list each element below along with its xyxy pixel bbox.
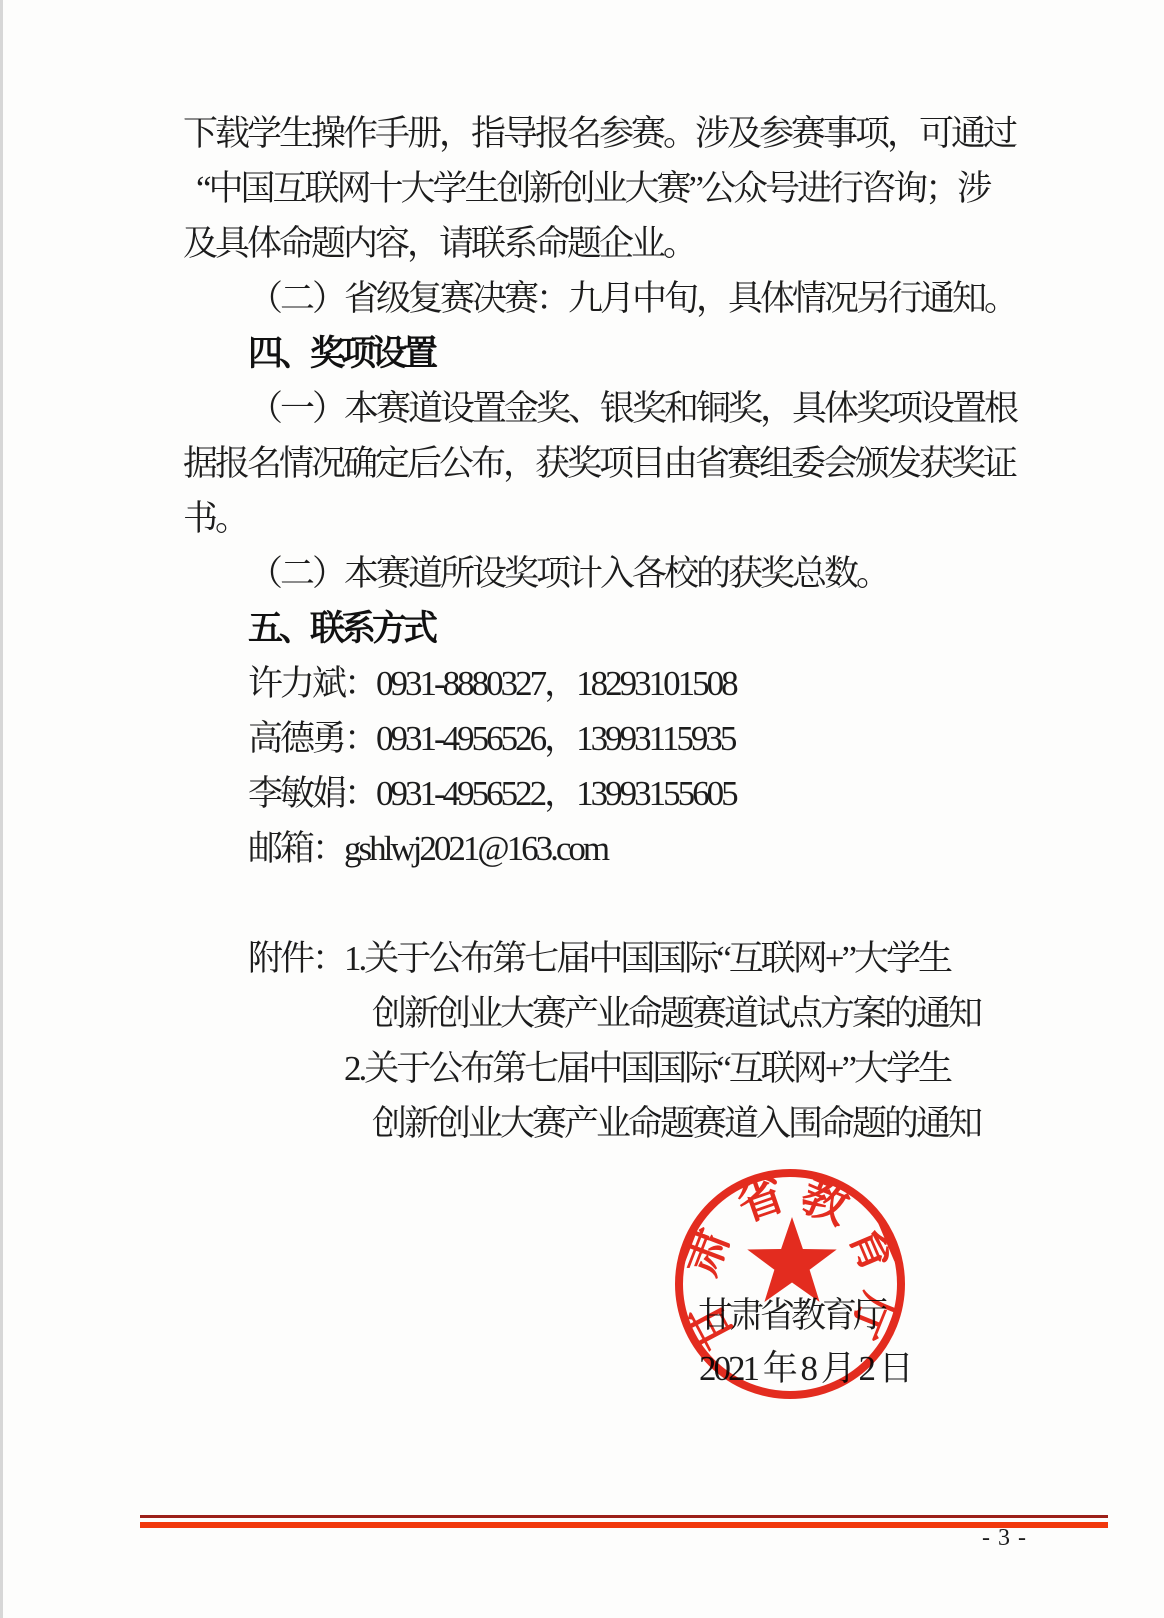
- body-line: 及具体命题内容，请联系命题企业。: [183, 216, 695, 271]
- body-line: 据报名情况确定后公布，获奖项目由省赛组委会颁发获奖证: [183, 436, 1015, 491]
- contact-line: 李敏娟：0931-4956522，13993155605: [248, 766, 736, 821]
- seal-ring: [679, 1173, 901, 1395]
- seal-arc-char: 育: [840, 1218, 905, 1280]
- attachment-line: 创新创业大赛产业命题赛道入围命题的通知: [372, 1096, 980, 1151]
- contact-line: 许力斌：0931-8880327，18293101508: [248, 656, 736, 711]
- body-line: “中国互联网十大学生创新创业大赛”公众号进行咨询；涉: [196, 161, 989, 216]
- document-page: 下载学生操作手册，指导报名参赛。涉及参赛事项，可通过 “中国互联网十大学生创新创…: [0, 0, 1164, 1618]
- seal-arc-char: 厅: [841, 1287, 906, 1349]
- body-line: （二）本赛道所设奖项计入各校的获奖总数。: [248, 546, 888, 601]
- contact-email-line: 邮箱：gshlwj2021@163.com: [248, 821, 607, 876]
- attachment-line: 创新创业大赛产业命题赛道试点方案的通知: [372, 986, 980, 1041]
- footer-rule-thin: [140, 1515, 1108, 1518]
- attachment-line: 附件：1.关于公布第七届中国国际“互联网+”大学生: [248, 931, 950, 986]
- seal-star-icon: [747, 1217, 836, 1302]
- body-line: 书。: [183, 491, 247, 546]
- body-line: （二）省级复赛决赛：九月中旬，具体情况另行通知。: [248, 271, 1016, 326]
- scan-edge-artifact: [0, 0, 3, 1618]
- official-seal: 甘 肃 省 教 育 厅: [662, 1156, 918, 1412]
- body-line: （一）本赛道设置金奖、银奖和铜奖，具体奖项设置根: [248, 381, 1016, 436]
- attachment-line: 2.关于公布第七届中国国际“互联网+”大学生: [344, 1041, 950, 1096]
- footer-rule-thick: [140, 1522, 1108, 1528]
- seal-arc-char: 甘: [678, 1294, 745, 1359]
- contact-line: 高德勇：0931-4956526，13993115935: [248, 711, 734, 766]
- body-line: 下载学生操作手册，指导报名参赛。涉及参赛事项，可通过: [183, 106, 1015, 161]
- page-number: - 3 -: [982, 1525, 1027, 1552]
- seal-arc-char: 教: [794, 1169, 857, 1234]
- section-heading-contact: 五、联系方式: [248, 601, 434, 656]
- seal-arc-char: 肃: [674, 1221, 738, 1282]
- section-heading-awards: 四、奖项设置: [248, 326, 434, 381]
